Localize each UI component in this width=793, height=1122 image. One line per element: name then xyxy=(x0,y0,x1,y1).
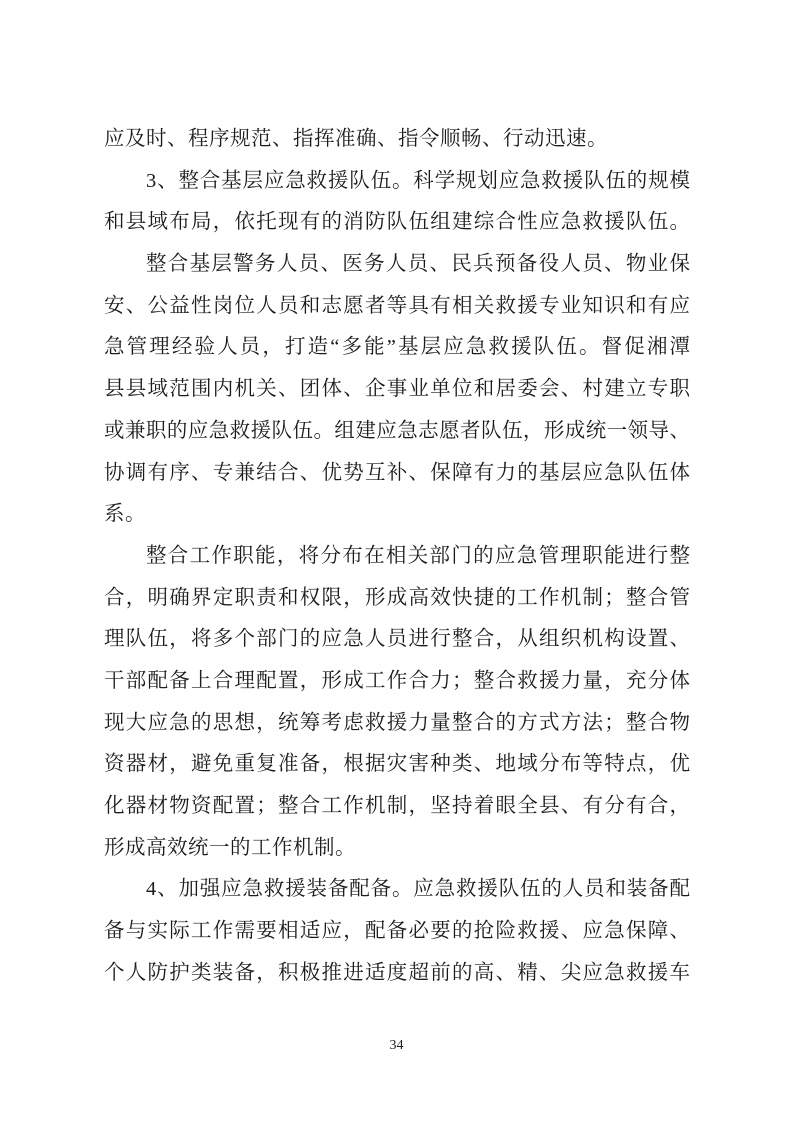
text-line: 现大应急的思想，统筹考虑救援力量整合的方式方法；整合物 xyxy=(104,703,690,745)
text-line: 合，明确界定职责和权限，形成高效快捷的工作机制；整合管 xyxy=(104,578,690,620)
document-page: 应及时、程序规范、指挥准确、指令顺畅、行动迅速。3、整合基层应急救援队伍。科学规… xyxy=(0,0,793,1122)
text-line: 和县域布局，依托现有的消防队伍组建综合性应急救援队伍。 xyxy=(104,202,690,244)
text-line: 急管理经验人员，打造“多能”基层应急救援队伍。督促湘潭 xyxy=(104,327,690,369)
text-line: 整合基层警务人员、医务人员、民兵预备役人员、物业保 xyxy=(104,244,690,286)
text-line: 化器材物资配置；整合工作机制，坚持着眼全县、有分有合， xyxy=(104,786,690,828)
text-line: 资器材，避免重复准备，根据灾害种类、地域分布等特点，优 xyxy=(104,744,690,786)
document-body: 应及时、程序规范、指挥准确、指令顺畅、行动迅速。3、整合基层应急救援队伍。科学规… xyxy=(104,119,690,994)
page-number: 34 xyxy=(390,1038,404,1053)
text-line: 形成高效统一的工作机制。 xyxy=(104,828,690,870)
text-line: 个人防护类装备，积极推进适度超前的高、精、尖应急救援车 xyxy=(104,953,690,995)
text-line: 备与实际工作需要相适应，配备必要的抢险救援、应急保障、 xyxy=(104,911,690,953)
text-line: 整合工作职能，将分布在相关部门的应急管理职能进行整 xyxy=(104,536,690,578)
text-line: 应及时、程序规范、指挥准确、指令顺畅、行动迅速。 xyxy=(104,119,690,161)
text-line: 县县域范围内机关、团体、企事业单位和居委会、村建立专职 xyxy=(104,369,690,411)
text-line: 干部配备上合理配置，形成工作合力；整合救援力量，充分体 xyxy=(104,661,690,703)
text-line: 理队伍，将多个部门的应急人员进行整合，从组织机构设置、 xyxy=(104,619,690,661)
text-line: 或兼职的应急救援队伍。组建应急志愿者队伍，形成统一领导、 xyxy=(104,411,690,453)
text-line: 安、公益性岗位人员和志愿者等具有相关救援专业知识和有应 xyxy=(104,286,690,328)
text-line: 系。 xyxy=(104,494,690,536)
text-line: 3、整合基层应急救援队伍。科学规划应急救援队伍的规模 xyxy=(104,161,690,203)
page-footer: 34 xyxy=(0,1036,793,1054)
text-line: 协调有序、专兼结合、优势互补、保障有力的基层应急队伍体 xyxy=(104,453,690,495)
text-line: 4、加强应急救援装备配备。应急救援队伍的人员和装备配 xyxy=(104,869,690,911)
